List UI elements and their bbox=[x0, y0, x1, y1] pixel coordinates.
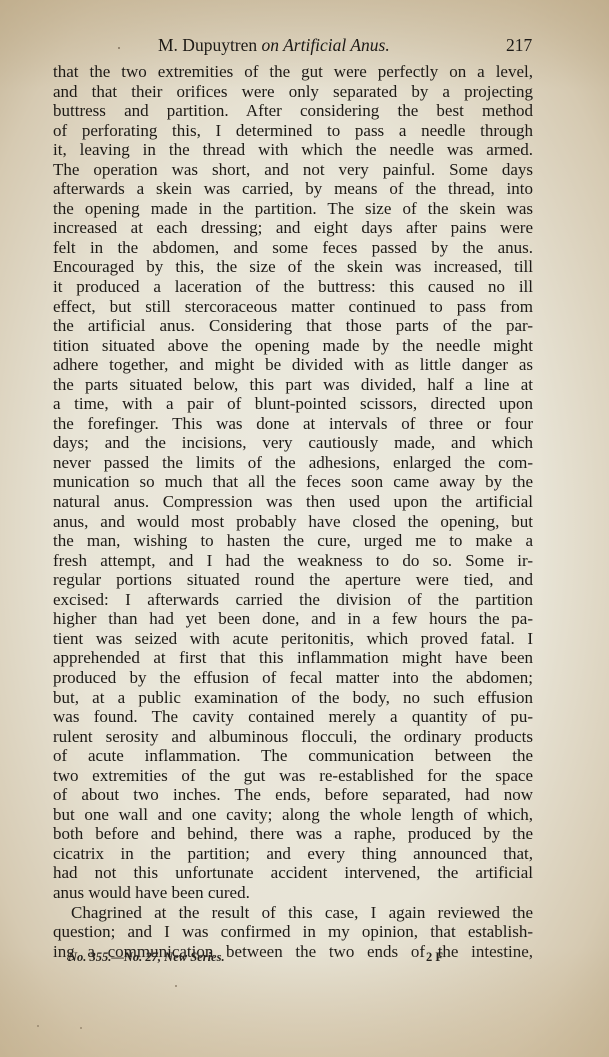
text-line: natural anus. Compression was then used … bbox=[53, 492, 533, 512]
text-line: the forefinger. This was done at interva… bbox=[53, 414, 533, 434]
text-line: rulent serosity and albuminous flocculi,… bbox=[53, 727, 533, 747]
text-line: buttress and partition. After considerin… bbox=[53, 101, 533, 121]
paper-speck bbox=[80, 1027, 82, 1029]
text-line: the artificial anus. Considering that th… bbox=[53, 316, 533, 336]
text-line: fresh attempt, and I had the weakness to… bbox=[53, 551, 533, 571]
text-line: of perforating this, I determined to pas… bbox=[53, 121, 533, 141]
text-line: The operation was short, and not very pa… bbox=[53, 160, 533, 180]
text-line: and that their orifices were only separa… bbox=[53, 82, 533, 102]
text-line: the man, wishing to hasten the cure, urg… bbox=[53, 531, 533, 551]
text-line: that the two extremities of the gut were… bbox=[53, 62, 533, 82]
running-head: M. Dupuytren on Artificial Anus. 217 bbox=[0, 33, 609, 57]
running-title-author: M. Dupuytren bbox=[158, 35, 262, 55]
text-line: excised: I afterwards carried the divisi… bbox=[53, 590, 533, 610]
paragraph-end-line: anus would have been cured. bbox=[53, 883, 533, 903]
text-line: felt in the abdomen, and some feces pass… bbox=[53, 238, 533, 258]
text-line: but one wall and one cavity; along the w… bbox=[53, 805, 533, 825]
text-line: the opening made in the partition. The s… bbox=[53, 199, 533, 219]
text-line: afterwards a skein was carried, by means… bbox=[53, 179, 533, 199]
text-line: increased at each dressing; and eight da… bbox=[53, 218, 533, 238]
footer-signature-line: No. 355.—No. 27, New Series. 2 F bbox=[0, 947, 609, 967]
text-line: of about two inches. The ends, before se… bbox=[53, 785, 533, 805]
text-line: it, leaving in the thread with which the… bbox=[53, 140, 533, 160]
signature-mark: 2 F bbox=[426, 947, 443, 967]
issue-number: No. 355.—No. 27, New Series. bbox=[68, 947, 225, 967]
running-title-subject: on Artificial Anus. bbox=[262, 35, 390, 55]
text-line: Encouraged by this, the size of the skei… bbox=[53, 257, 533, 277]
text-line: was found. The cavity contained merely a… bbox=[53, 707, 533, 727]
text-line: question; and I was confirmed in my opin… bbox=[53, 922, 533, 942]
text-line: both before and behind, there was a raph… bbox=[53, 824, 533, 844]
text-line: adhere together, and might be divided wi… bbox=[53, 355, 533, 375]
text-line: regular portions situated round the aper… bbox=[53, 570, 533, 590]
text-line: days; and the incisions, very cautiously… bbox=[53, 433, 533, 453]
text-line: produced by the effusion of fecal matter… bbox=[53, 668, 533, 688]
text-line: tient was seized with acute peritonitis,… bbox=[53, 629, 533, 649]
text-line: of acute inflammation. The communication… bbox=[53, 746, 533, 766]
text-line: higher than had yet been done, and in a … bbox=[53, 609, 533, 629]
text-line: anus, and would most probably have close… bbox=[53, 512, 533, 532]
text-line: munication so much that all the feces so… bbox=[53, 472, 533, 492]
page-number: 217 bbox=[506, 33, 532, 57]
text-line: never passed the limits of the adhesions… bbox=[53, 453, 533, 473]
text-line: a time, with a pair of blunt-pointed sci… bbox=[53, 394, 533, 414]
text-line: it produced a laceration of the buttress… bbox=[53, 277, 533, 297]
paper-speck bbox=[118, 47, 120, 49]
book-page: M. Dupuytren on Artificial Anus. 217 tha… bbox=[0, 0, 609, 1057]
paper-speck bbox=[37, 1025, 39, 1027]
text-line: had not this unfortunate accident interv… bbox=[53, 863, 533, 883]
text-line: apprehended at first that this inflammat… bbox=[53, 648, 533, 668]
text-line: cicatrix in the partition; and every thi… bbox=[53, 844, 533, 864]
text-line: two extremities of the gut was re-establ… bbox=[53, 766, 533, 786]
body-text: that the two extremities of the gut were… bbox=[53, 62, 533, 961]
text-line: but, at a public examination of the body… bbox=[53, 688, 533, 708]
running-title: M. Dupuytren on Artificial Anus. bbox=[158, 33, 390, 57]
text-line: the parts situated below, this part was … bbox=[53, 375, 533, 395]
text-line: effect, but still stercoraceous matter c… bbox=[53, 297, 533, 317]
paper-speck bbox=[175, 985, 177, 987]
text-line: tition situated above the opening made b… bbox=[53, 336, 533, 356]
paragraph-start-line: Chagrined at the result of this case, I … bbox=[53, 903, 533, 923]
